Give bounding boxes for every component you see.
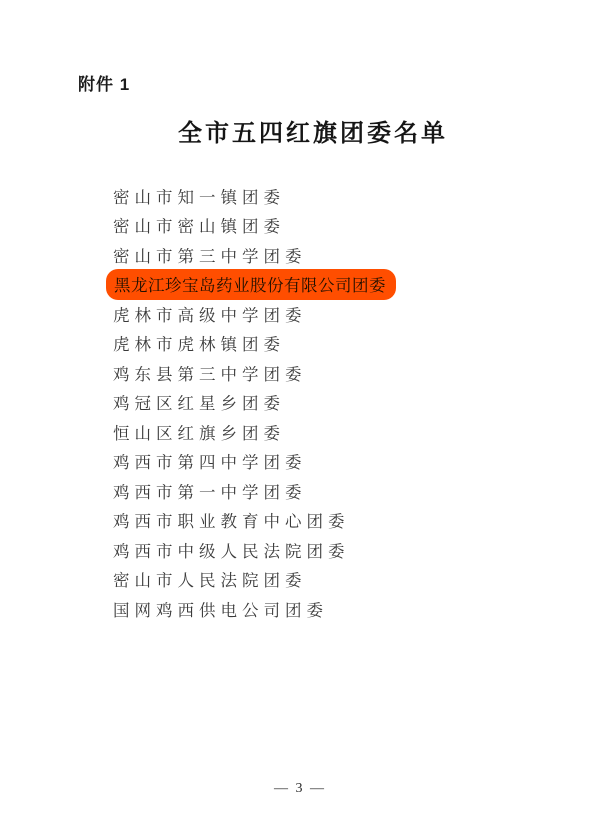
committee-list: 密山市知一镇团委密山市密山镇团委密山市第三中学团委黑龙江珍宝岛药业股份有限公司团…	[113, 181, 560, 624]
list-item: 鸡西市第一中学团委	[113, 476, 560, 506]
list-item: 密山市知一镇团委	[113, 181, 560, 211]
list-item: 国网鸡西供电公司团委	[113, 594, 560, 624]
list-item: 虎林市虎林镇团委	[113, 329, 560, 359]
attachment-label: 附件 1	[78, 70, 130, 95]
committee-name: 鸡西市职业教育中心团委	[113, 508, 350, 532]
committee-name: 密山市密山镇团委	[113, 213, 285, 237]
committee-name-highlighted: 黑龙江珍宝岛药业股份有限公司团委	[106, 269, 396, 300]
page-title: 全市五四红旗团委名单	[0, 113, 600, 148]
committee-name: 密山市知一镇团委	[113, 184, 285, 208]
list-item: 鸡西市职业教育中心团委	[113, 506, 560, 536]
list-item: 黑龙江珍宝岛药业股份有限公司团委	[113, 270, 560, 300]
list-item: 鸡冠区红星乡团委	[113, 388, 560, 418]
committee-name: 密山市第三中学团委	[113, 243, 307, 267]
list-item: 鸡西市第四中学团委	[113, 447, 560, 477]
list-item: 密山市第三中学团委	[113, 240, 560, 270]
list-item: 鸡西市中级人民法院团委	[113, 535, 560, 565]
list-item: 密山市人民法院团委	[113, 565, 560, 595]
committee-name: 虎林市高级中学团委	[113, 302, 307, 326]
committee-name: 鸡西市第一中学团委	[113, 479, 307, 503]
committee-name: 国网鸡西供电公司团委	[113, 597, 328, 621]
committee-name: 密山市人民法院团委	[113, 567, 307, 591]
committee-name: 鸡东县第三中学团委	[113, 361, 307, 385]
committee-name: 鸡西市第四中学团委	[113, 449, 307, 473]
list-item: 恒山区红旗乡团委	[113, 417, 560, 447]
list-item: 虎林市高级中学团委	[113, 299, 560, 329]
document-page: 附件 1 全市五四红旗团委名单 密山市知一镇团委密山市密山镇团委密山市第三中学团…	[0, 0, 600, 816]
list-item: 密山市密山镇团委	[113, 211, 560, 241]
list-item: 鸡东县第三中学团委	[113, 358, 560, 388]
committee-name: 鸡冠区红星乡团委	[113, 390, 285, 414]
committee-name: 虎林市虎林镇团委	[113, 331, 285, 355]
page-number: — 3 —	[0, 781, 600, 797]
committee-name: 恒山区红旗乡团委	[113, 420, 285, 444]
committee-name: 鸡西市中级人民法院团委	[113, 538, 350, 562]
